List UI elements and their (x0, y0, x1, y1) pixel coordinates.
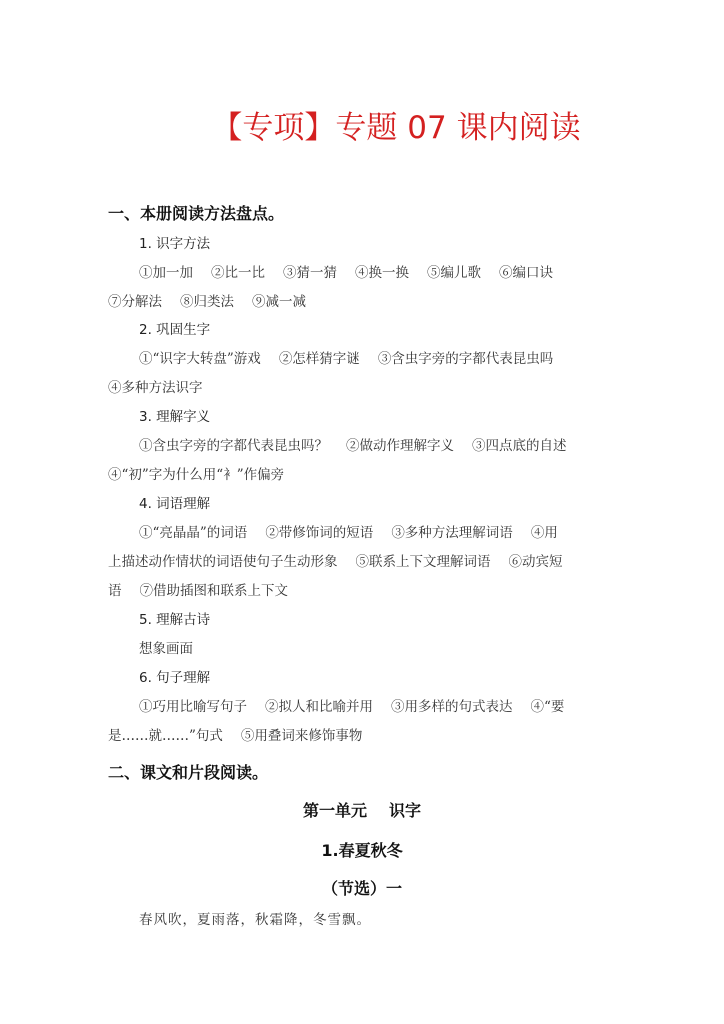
method-item: ⑤联系上下文理解词语 (356, 554, 491, 570)
group-heading-1: 1. 识字方法 (139, 234, 210, 254)
group-heading-3: 3. 理解字义 (139, 407, 210, 427)
method-item: ④“要 (531, 699, 565, 715)
group-2-line-2: ④多种方法识字 (108, 378, 203, 398)
group-heading-5: 5. 理解古诗 (139, 610, 210, 630)
group-5-line-1: 想象画面 (139, 639, 193, 659)
method-item: ③多种方法理解词语 (391, 525, 513, 541)
method-item: ⑧归类法 (180, 294, 234, 310)
section-heading-2: 二、课文和片段阅读。 (108, 762, 268, 784)
method-item: ⑤用叠词来修饰事物 (241, 728, 363, 744)
method-item: ②做动作理解字义 (346, 438, 454, 454)
group-heading-6: 6. 句子理解 (139, 668, 210, 688)
group-3-line-2: ④“初”字为什么用“衤”作偏旁 (108, 465, 284, 485)
group-4-line-2: 上描述动作情状的词语使句子生动形象⑤联系上下文理解词语⑥动宾短 (108, 552, 563, 572)
lesson-text-line: 春风吹，夏雨落，秋霜降，冬雪飘。 (139, 910, 371, 930)
lesson-title: 1.春夏秋冬 (0, 840, 724, 862)
group-1-line-1: ①加一加②比一比③猜一猜④换一换⑤编儿歌⑥编口诀 (139, 263, 553, 283)
group-6-line-1: ①巧用比喻写句子②拟人和比喻并用③用多样的句式表达④“要 (139, 697, 564, 717)
method-item: ③含虫字旁的字都代表昆虫吗 (378, 351, 554, 367)
method-item: 是……就……”句式 (108, 728, 223, 744)
method-item: 上描述动作情状的词语使句子生动形象 (108, 554, 338, 570)
section-heading-1: 一、本册阅读方法盘点。 (108, 203, 284, 225)
unit-title: 第一单元 (303, 801, 367, 820)
group-6-line-2: 是……就……”句式⑤用叠词来修饰事物 (108, 726, 362, 746)
unit-topic: 识字 (389, 801, 421, 820)
method-item: ②带修饰词的短语 (265, 525, 373, 541)
method-item: ⑥编口诀 (499, 265, 553, 281)
group-1-line-2: ⑦分解法⑧归类法⑨减一减 (108, 292, 306, 312)
method-item: ③猜一猜 (283, 265, 337, 281)
method-item: ⑦借助插图和联系上下文 (140, 583, 289, 599)
method-item: ①含虫字旁的字都代表昆虫吗？ (139, 438, 328, 454)
group-4-line-3: 语⑦借助插图和联系上下文 (108, 581, 288, 601)
group-3-line-1: ①含虫字旁的字都代表昆虫吗？②做动作理解字义③四点底的自述 (139, 436, 567, 456)
group-heading-2: 2. 巩固生字 (139, 320, 210, 340)
method-item: ④换一换 (355, 265, 409, 281)
method-item: ⑥动宾短 (509, 554, 563, 570)
method-item: ⑤编儿歌 (427, 265, 481, 281)
method-item: ⑨减一减 (252, 294, 306, 310)
method-item: ⑦分解法 (108, 294, 162, 310)
group-heading-4: 4. 词语理解 (139, 494, 210, 514)
method-item: ④“初”字为什么用“衤”作偏旁 (108, 467, 284, 483)
method-item: ④多种方法识字 (108, 380, 203, 396)
unit-heading: 第一单元识字 (0, 800, 724, 822)
excerpt-label: （节选）一 (0, 878, 724, 900)
method-item: ④用 (531, 525, 558, 541)
group-2-line-1: ①“识字大转盘”游戏②怎样猜字谜③含虫字旁的字都代表昆虫吗 (139, 349, 553, 369)
method-item: 语 (108, 583, 122, 599)
method-item: ①巧用比喻写句子 (139, 699, 247, 715)
method-item: ②怎样猜字谜 (279, 351, 360, 367)
method-item: ③四点底的自述 (472, 438, 567, 454)
method-item: ①“亮晶晶”的词语 (139, 525, 247, 541)
method-item: ②拟人和比喻并用 (265, 699, 373, 715)
method-item: ③用多样的句式表达 (391, 699, 513, 715)
method-item: ①加一加 (139, 265, 193, 281)
group-4-line-1: ①“亮晶晶”的词语②带修饰词的短语③多种方法理解词语④用 (139, 523, 558, 543)
method-item: ①“识字大转盘”游戏 (139, 351, 261, 367)
method-item: ②比一比 (211, 265, 265, 281)
page-title: 【专项】专题 07 课内阅读 (0, 108, 724, 148)
method-item: 想象画面 (139, 641, 193, 657)
